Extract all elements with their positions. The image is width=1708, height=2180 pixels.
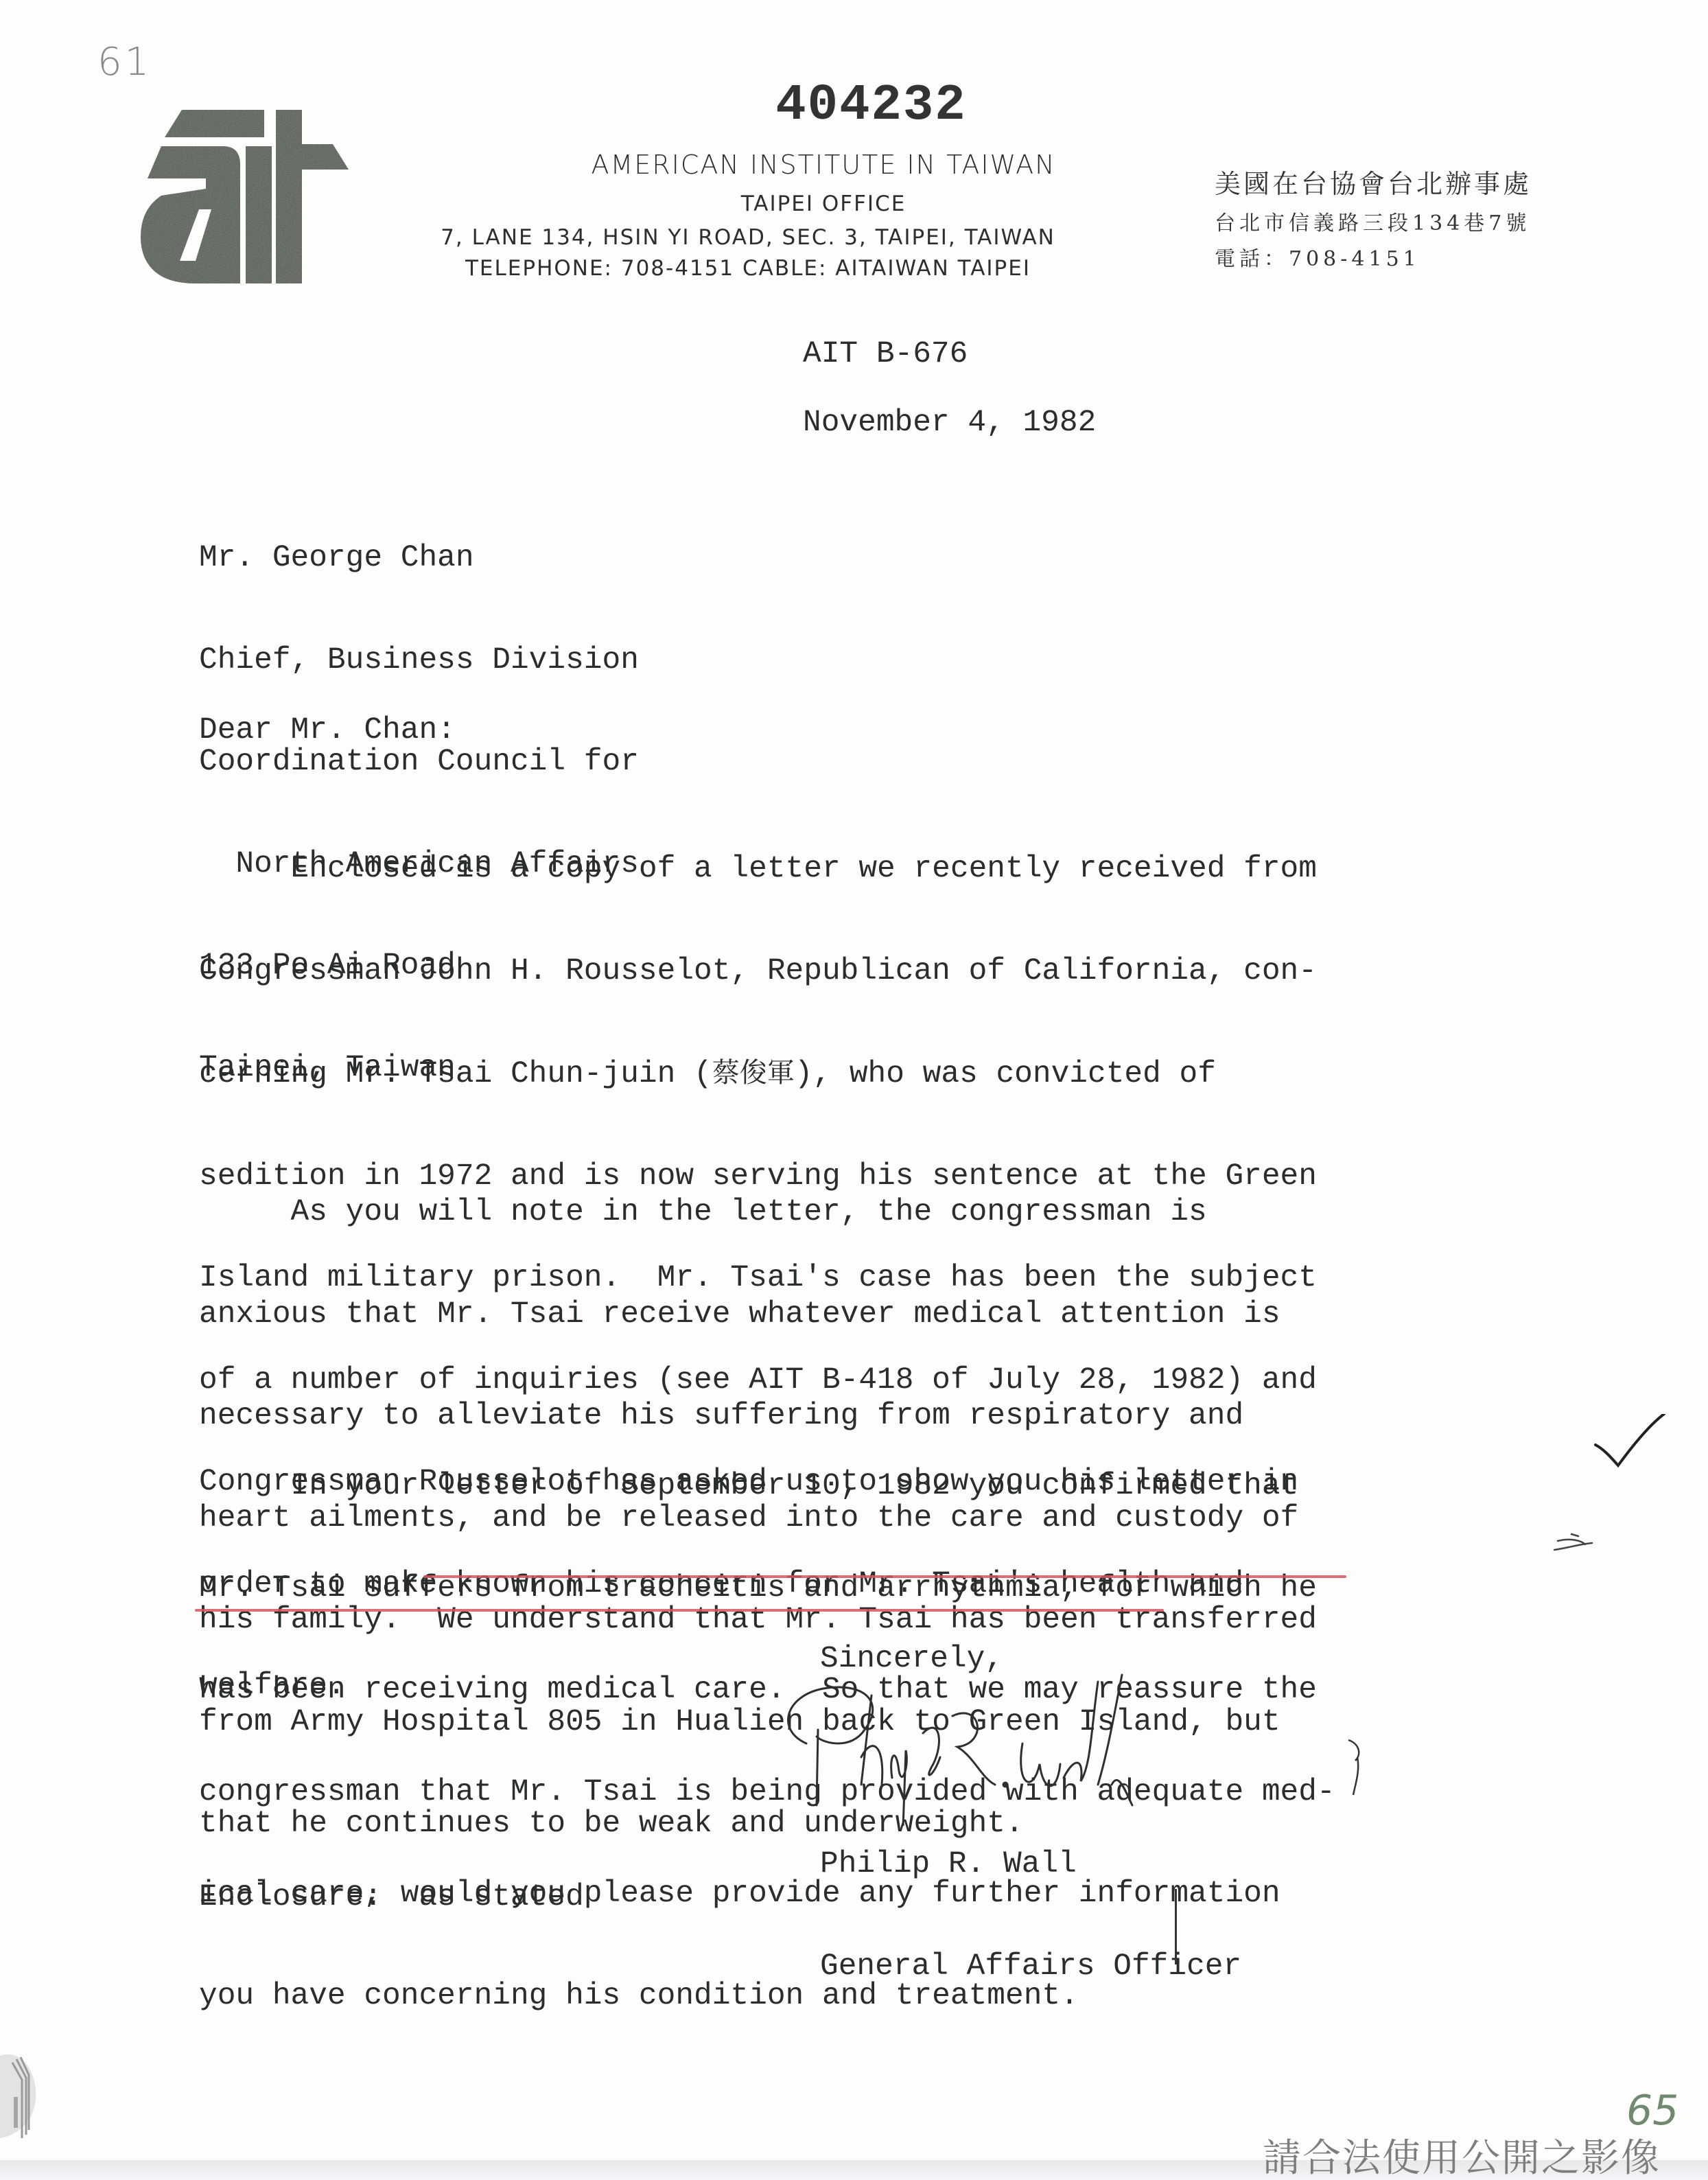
red-underline-mark [195,1609,1164,1612]
org-name: AMERICAN INSTITUTE IN TAIWAN [480,150,1167,180]
reference-number: AIT B-676 [803,338,968,372]
handwritten-mark-icon [1345,1737,1372,1798]
paragraph-line: Congressman John H. Rousselot, Republica… [199,955,1317,989]
archive-logo-icon [0,2042,41,2138]
document-number: 404232 [0,77,1708,135]
check-mark-icon [1530,1414,1668,1586]
line-text: ), who was convicted of [795,1057,1216,1091]
addressee-line: Chief, Business Division [199,644,639,678]
salutation: Dear Mr. Chan: [199,714,456,748]
paragraph-line: cerning Mr. Tsai Chun-juin (蔡俊軍), who wa… [199,1056,1317,1092]
paragraph-line: In your letter of September 10, 1982 you… [199,1470,1335,1504]
line-text: cerning Mr. Tsai Chun-juin ( [199,1057,712,1091]
red-underline-mark [423,1575,1346,1578]
paragraph-line: Enclosed is a copy of a letter we recent… [199,853,1317,887]
office-telephone: TELEPHONE: 708-4151 CABLE: AITAIWAN TAIP… [371,256,1125,281]
chinese-address: 台北市信義路三段134巷7號 [1215,206,1530,236]
addressee-line: Coordination Council for [199,745,639,780]
office-name: TAIPEI OFFICE [480,192,1167,216]
signer-name: Philip R. Wall [820,1848,1241,1882]
handwritten-footer-number: 65 [1626,2087,1678,2135]
margin-tick-mark [1175,1889,1177,1964]
footer-watermark: 請合法使用公開之影像 [1263,2128,1661,2180]
chinese-telephone: 電話：708-4151 [1215,242,1420,272]
enclosure-note: Enclosure: as stated [199,1881,584,1915]
signer-title: General Affairs Officer [820,1950,1241,1984]
signer-block: Philip R. Wall General Affairs Officer [820,1780,1241,2018]
addressee-line: Mr. George Chan [199,542,639,576]
office-address: 7, LANE 134, HSIN YI ROAD, SEC. 3, TAIPE… [371,225,1125,250]
handwritten-chinese-name: 蔡俊軍 [712,1057,795,1089]
paragraph-line: anxious that Mr. Tsai receive whatever m… [199,1298,1317,1332]
chinese-org-name: 美國在台協會台北辦事處 [1215,163,1532,200]
letter-date: November 4, 1982 [803,406,1096,441]
paragraph-line: As you will note in the letter, the cong… [199,1196,1317,1230]
